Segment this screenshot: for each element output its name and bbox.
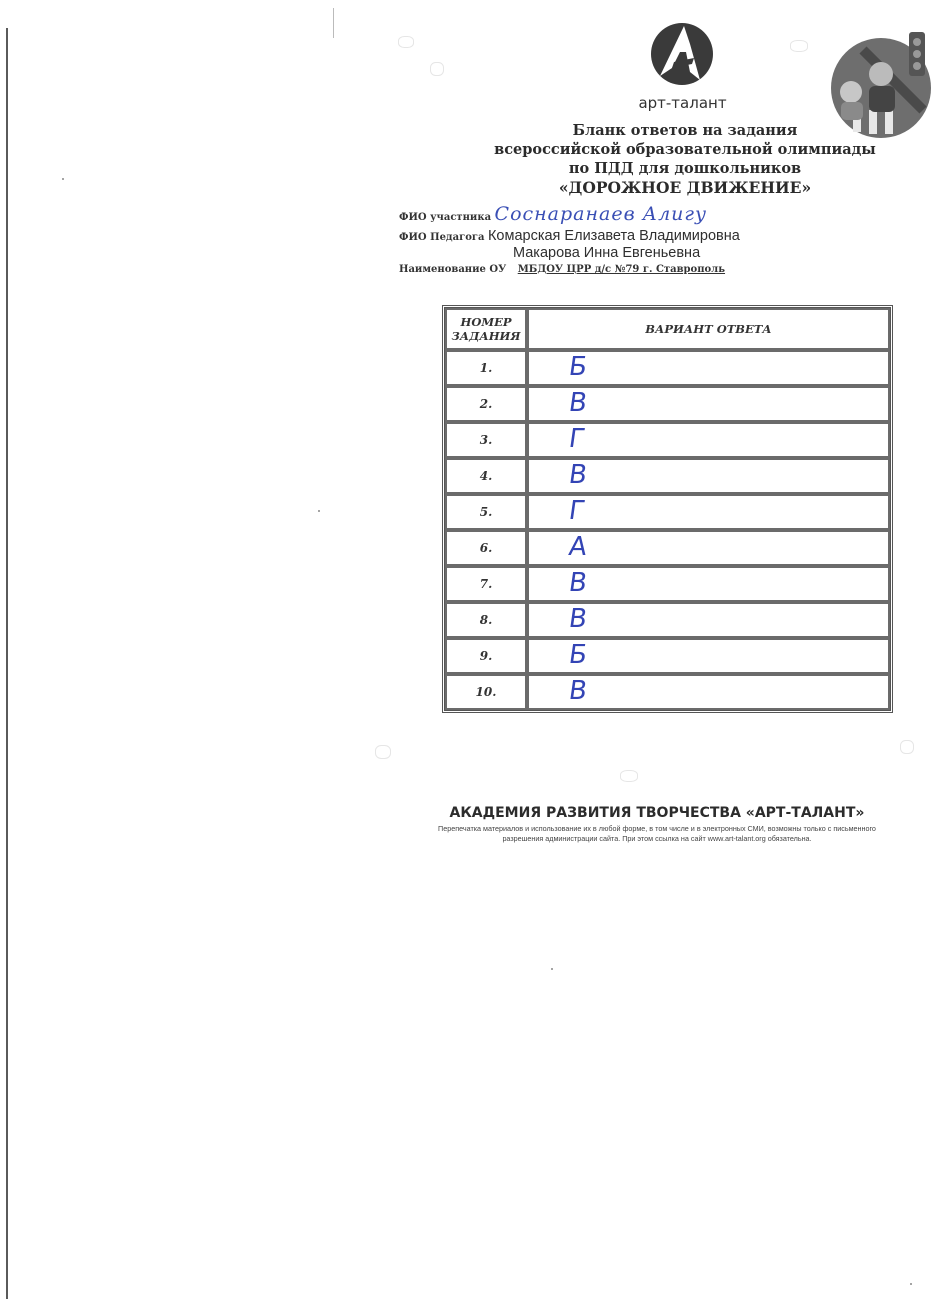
task-number: 5. xyxy=(445,494,527,530)
handwritten-answer: В xyxy=(567,602,590,636)
answer-cell[interactable]: Г xyxy=(527,422,890,458)
handwritten-answer: Б xyxy=(567,350,590,384)
background-doodle xyxy=(430,62,444,76)
table-row: 9.Б xyxy=(445,638,890,674)
handwritten-answer: В xyxy=(567,458,590,492)
scan-speck xyxy=(62,178,64,180)
teacher-label: ФИО Педагога xyxy=(399,232,484,243)
logo-brand-text: арт-талант xyxy=(620,94,745,112)
participant-field: ФИО участника Соснаранаев Алигу xyxy=(399,203,707,225)
title-line: Бланк ответов на задания xyxy=(460,121,910,140)
answers-table: НОМЕР ЗАДАНИЯ ВАРИАНТ ОТВЕТА 1.Б2.В3.Г4.… xyxy=(442,305,893,713)
task-number: 9. xyxy=(445,638,527,674)
answer-cell[interactable]: В xyxy=(527,458,890,494)
school-value: МБДОУ ЦРР д/с №79 г. Ставрополь xyxy=(518,264,725,275)
handwritten-answer: Г xyxy=(567,422,588,456)
footer-note-line: Перепечатка материалов и использование и… xyxy=(370,824,944,834)
handwritten-answer: А xyxy=(567,530,590,564)
handwritten-answer: В xyxy=(567,674,590,708)
table-row: 5.Г xyxy=(445,494,890,530)
task-number: 4. xyxy=(445,458,527,494)
scan-speck xyxy=(551,968,553,970)
task-number: 7. xyxy=(445,566,527,602)
table-row: 6.А xyxy=(445,530,890,566)
answer-cell[interactable]: В xyxy=(527,674,890,710)
answer-cell[interactable]: В xyxy=(527,566,890,602)
footer-copyright-note: Перепечатка материалов и использование и… xyxy=(370,824,944,844)
answer-cell[interactable]: А xyxy=(527,530,890,566)
school-label: Наименование ОУ xyxy=(399,264,506,275)
title-line: всероссийской образовательной олимпиады xyxy=(460,140,910,159)
background-doodle xyxy=(398,36,414,48)
form-title: Бланк ответов на задания всероссийской о… xyxy=(460,121,910,197)
header-task-number-line: ЗАДАНИЯ xyxy=(447,329,525,343)
header-task-number: НОМЕР ЗАДАНИЯ xyxy=(445,308,527,350)
table-row: 2.В xyxy=(445,386,890,422)
participant-value[interactable]: Соснаранаев Алигу xyxy=(495,203,707,225)
answer-cell[interactable]: В xyxy=(527,386,890,422)
scan-speck xyxy=(318,510,320,512)
table-header-row: НОМЕР ЗАДАНИЯ ВАРИАНТ ОТВЕТА xyxy=(445,308,890,350)
table-row: 7.В xyxy=(445,566,890,602)
art-talant-logo-icon xyxy=(650,22,714,86)
school-field: Наименование ОУ МБДОУ ЦРР д/с №79 г. Ста… xyxy=(399,264,725,275)
task-number: 1. xyxy=(445,350,527,386)
task-number: 2. xyxy=(445,386,527,422)
background-doodle xyxy=(790,40,808,52)
task-number: 3. xyxy=(445,422,527,458)
header-task-number-line: НОМЕР xyxy=(447,315,525,329)
teacher-value: Комарская Елизавета Владимировна xyxy=(488,228,740,244)
footer-note-line: разрешения администрации сайта. При этом… xyxy=(370,834,944,844)
scan-speck xyxy=(910,1283,912,1285)
header-answer-option: ВАРИАНТ ОТВЕТА xyxy=(527,308,890,350)
handwritten-answer: Б xyxy=(567,638,590,672)
background-doodle xyxy=(375,745,391,759)
table-row: 4.В xyxy=(445,458,890,494)
task-number: 6. xyxy=(445,530,527,566)
title-line: по ПДД для дошкольников xyxy=(460,159,910,178)
task-number: 10. xyxy=(445,674,527,710)
background-doodle xyxy=(900,740,914,754)
teacher-field: ФИО Педагога Комарская Елизавета Владими… xyxy=(399,228,740,244)
scan-edge-line xyxy=(6,28,8,1299)
handwritten-answer: В xyxy=(567,386,590,420)
table-row: 1.Б xyxy=(445,350,890,386)
sheet-edge-mark xyxy=(333,8,334,38)
answer-cell[interactable]: Г xyxy=(527,494,890,530)
answer-cell[interactable]: Б xyxy=(527,638,890,674)
table-row: 10.В xyxy=(445,674,890,710)
footer-academy-title: АКАДЕМИЯ РАЗВИТИЯ ТВОРЧЕСТВА «АРТ-ТАЛАНТ… xyxy=(370,805,944,821)
teacher-value-second: Макарова Инна Евгеньевна xyxy=(513,245,700,261)
table-row: 3.Г xyxy=(445,422,890,458)
participant-label: ФИО участника xyxy=(399,212,491,223)
answer-cell[interactable]: Б xyxy=(527,350,890,386)
handwritten-answer: Г xyxy=(567,494,588,528)
answer-cell[interactable]: В xyxy=(527,602,890,638)
background-doodle xyxy=(620,770,638,782)
task-number: 8. xyxy=(445,602,527,638)
table-row: 8.В xyxy=(445,602,890,638)
handwritten-answer: В xyxy=(567,566,590,600)
title-olympiad-name: «ДОРОЖНОЕ ДВИЖЕНИЕ» xyxy=(460,178,910,197)
teacher-field-second: Макарова Инна Евгеньевна xyxy=(513,245,700,261)
